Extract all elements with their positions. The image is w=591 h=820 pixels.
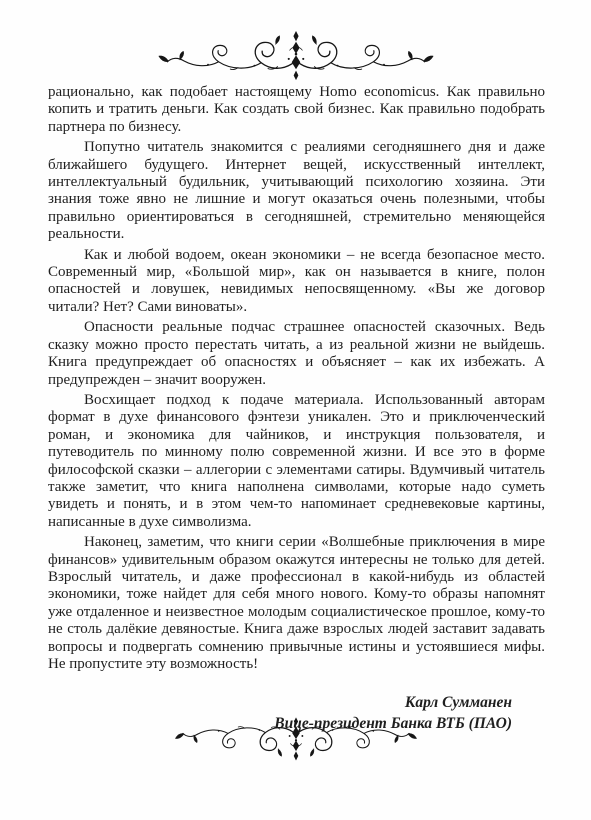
paragraph: Как и любой водоем, океан экономики – не…	[48, 247, 545, 317]
flourish-ornament-top-icon	[150, 27, 442, 85]
flourish-ornament-bottom-icon	[168, 713, 424, 764]
document-page: рационально, как подобает настоящему Hom…	[0, 0, 591, 820]
paragraph: Наконец, заметим, что книги серии «Волше…	[48, 534, 545, 673]
paragraph: Опасности реальные подчас страшнее опасн…	[48, 319, 545, 389]
finial	[287, 32, 304, 79]
paragraph: Попутно читатель знакомится с реалиями с…	[48, 139, 545, 243]
signature-name: Карл Сумманен	[48, 692, 512, 713]
paragraph: Восхищает подход к подаче материала. Исп…	[48, 392, 545, 531]
body-text: рационально, как подобает настоящему Hom…	[48, 84, 545, 734]
paragraph: рационально, как подобает настоящему Hom…	[48, 84, 545, 136]
